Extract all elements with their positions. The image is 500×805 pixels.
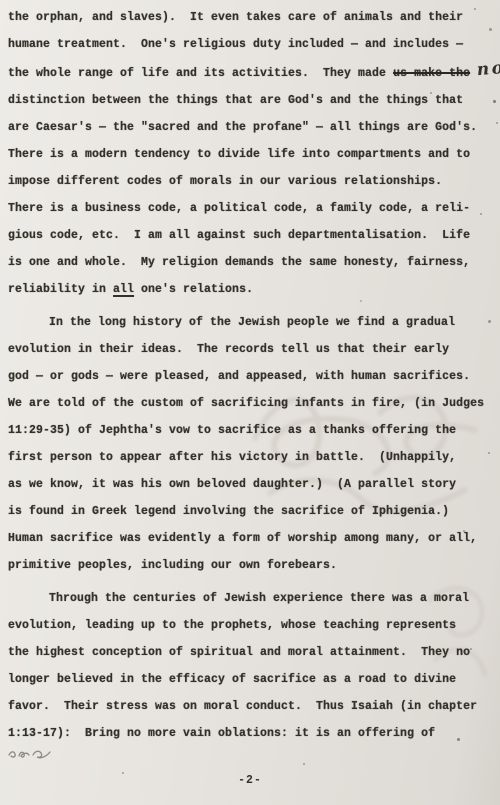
typed-text-segment: the highest conception of spiritual and … — [8, 646, 470, 659]
paper-speck — [488, 320, 491, 323]
paper-speck — [474, 8, 476, 10]
typed-text-segment: In the long history of the Jewish people… — [49, 316, 455, 329]
document-page: the orphan, and slaves). It even takes c… — [0, 0, 500, 805]
text-line: as we know, it was his own beloved daugh… — [8, 471, 496, 498]
paper-speck — [463, 530, 465, 532]
text-line: favor. Their stress was on moral conduct… — [8, 693, 496, 720]
paper-speck — [122, 772, 124, 774]
paper-speck — [480, 213, 482, 215]
paper-speck — [489, 28, 492, 31]
paragraph: In the long history of the Jewish people… — [8, 309, 496, 579]
typed-text-segment: are Caesar's — the "sacred and the profa… — [8, 121, 477, 134]
paper-speck — [488, 452, 490, 454]
text-line: gious code, etc. I am all against such d… — [8, 222, 496, 249]
typed-text: the orphan, and slaves). It even takes c… — [8, 4, 496, 753]
text-line: 1:13-17): Bring no more vain oblations: … — [8, 720, 496, 747]
text-line: distinction between the things that are … — [8, 87, 496, 114]
text-line: evolution in their ideas. The records te… — [8, 336, 496, 363]
text-line: There is a modern tendency to divide lif… — [8, 141, 496, 168]
page-number: -2- — [0, 774, 500, 787]
paper-speck — [493, 100, 496, 103]
paper-speck — [457, 738, 460, 741]
text-line: is one and whole. My religion demands th… — [8, 249, 496, 276]
paper-speck — [303, 763, 305, 765]
typed-text-segment: longer believed in the efficacy of sacri… — [8, 673, 456, 686]
text-line: 11:29-35) of Jephtha's vow to sacrifice … — [8, 417, 496, 444]
typed-text-segment: favor. Their stress was on moral conduct… — [8, 700, 477, 713]
typed-text-segment: primitive peoples, including our own for… — [8, 559, 337, 572]
typed-text-segment: humane treatment. One's religious duty i… — [8, 38, 463, 51]
typed-text-segment: gious code, etc. I am all against such d… — [8, 229, 470, 242]
text-line: impose different codes of morals in our … — [8, 168, 496, 195]
text-line: god — or gods — were pleased, and appeas… — [8, 363, 496, 390]
text-line: is found in Greek legend involving the s… — [8, 498, 496, 525]
typed-text-segment: the whole range of life and its activiti… — [8, 67, 393, 80]
text-line: Through the centuries of Jewish experien… — [8, 585, 496, 612]
pencil-note-smudge — [6, 746, 52, 762]
text-line: longer believed in the efficacy of sacri… — [8, 666, 496, 693]
typed-text-segment: evolution, leading up to the prophets, w… — [8, 619, 456, 632]
underlined-text: all — [113, 283, 134, 296]
typed-text-segment: 11:29-35) of Jephtha's vow to sacrifice … — [8, 424, 456, 437]
struck-out-text: us make the — [393, 67, 470, 80]
text-line: first person to appear after his victory… — [8, 444, 496, 471]
typed-text-segment: as we know, it was his own beloved daugh… — [8, 478, 456, 491]
paragraph: Through the centuries of Jewish experien… — [8, 585, 496, 747]
text-line: humane treatment. One's religious duty i… — [8, 31, 496, 58]
handwritten-correction: no — [476, 55, 500, 84]
typed-text-segment: the orphan, and slaves). It even takes c… — [8, 11, 463, 24]
text-line: We are told of the custom of sacrificing… — [8, 390, 496, 417]
typed-text-segment: Through the centuries of Jewish experien… — [49, 592, 469, 605]
paper-speck — [360, 300, 362, 302]
paragraph: the orphan, and slaves). It even takes c… — [8, 4, 496, 303]
typed-text-segment: distinction between the things that are … — [8, 94, 463, 107]
text-line: Human sacrifice was evidently a form of … — [8, 525, 496, 552]
text-line: primitive peoples, including our own for… — [8, 552, 496, 579]
typed-text-segment: Human sacrifice was evidently a form of … — [8, 532, 477, 545]
typed-text-segment: one's relations. — [134, 283, 253, 296]
typed-text-segment: first person to appear after his victory… — [8, 451, 456, 464]
text-line: reliability in all one's relations. — [8, 276, 496, 303]
text-line: There is a business code, a political co… — [8, 195, 496, 222]
text-line: the whole range of life and its activiti… — [8, 58, 496, 87]
typed-text-segment: 1:13-17): Bring no more vain oblations: … — [8, 727, 435, 740]
paper-speck — [496, 122, 498, 124]
typed-text-segment: There is a business code, a political co… — [8, 202, 470, 215]
text-line: the highest conception of spiritual and … — [8, 639, 496, 666]
typed-text-segment: is one and whole. My religion demands th… — [8, 256, 470, 269]
paper-speck — [470, 648, 472, 650]
text-line: the orphan, and slaves). It even takes c… — [8, 4, 496, 31]
typed-text-segment: evolution in their ideas. The records te… — [8, 343, 449, 356]
typed-text-segment: reliability in — [8, 283, 113, 296]
text-line: evolution, leading up to the prophets, w… — [8, 612, 496, 639]
paper-speck — [12, 258, 14, 260]
typed-text-segment: impose different codes of morals in our … — [8, 175, 442, 188]
text-line: are Caesar's — the "sacred and the profa… — [8, 114, 496, 141]
typed-text-segment: god — or gods — were pleased, and appeas… — [8, 370, 470, 383]
typed-text-segment: There is a modern tendency to divide lif… — [8, 148, 470, 161]
paper-speck — [430, 92, 432, 94]
typed-text-segment: is found in Greek legend involving the s… — [8, 505, 449, 518]
typed-text-segment: We are told of the custom of sacrificing… — [8, 397, 484, 410]
text-line: In the long history of the Jewish people… — [8, 309, 496, 336]
